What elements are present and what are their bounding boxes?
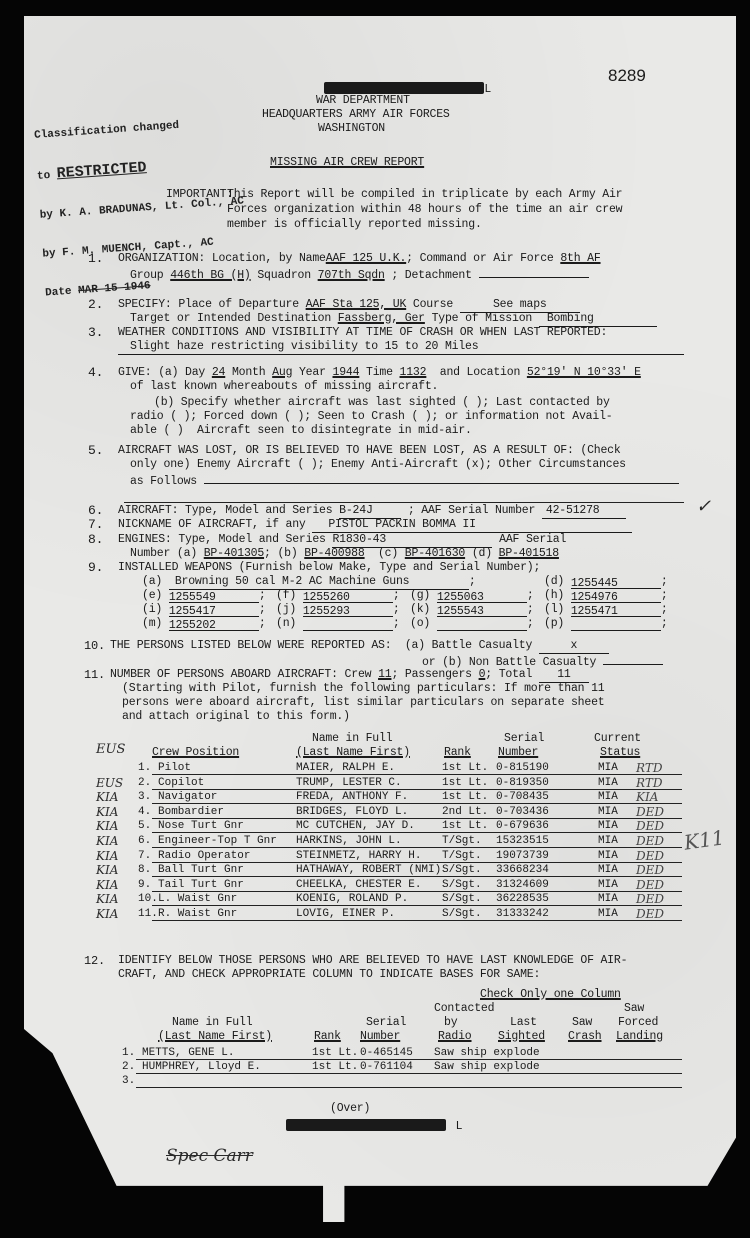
weapon-key: (g) — [410, 589, 430, 602]
location-coords-value: 52°19' N 10°33' E — [527, 366, 641, 379]
crew-row: KIA4.BombardierBRIDGES, FLOYD L.2nd Lt.0… — [24, 805, 736, 819]
weapon-entry: (o) ; — [410, 617, 534, 631]
knowledge-row: 1.METTS, GENE L.1st Lt.0-465145Saw ship … — [24, 1046, 736, 1060]
section-2-number: 2. — [88, 298, 103, 312]
crew-number: 3. — [138, 790, 151, 804]
crew-name: BRIDGES, FLOYD L. — [296, 805, 408, 819]
engine-a-value: BP-401305 — [204, 547, 264, 560]
crew-status: MIA — [598, 761, 618, 775]
section-11-note-1: (Starting with Pilot, furnish the follow… — [122, 682, 604, 696]
weapon-entry: (m) 1255202; — [142, 617, 266, 631]
crew-serial: 0-703436 — [496, 805, 549, 819]
crew-row: KIA5.Nose Turt GnrMC CUTCHEN, JAY D.1st … — [24, 819, 736, 833]
knowledge-remark: Saw ship explode — [434, 1046, 540, 1060]
crew-status-note: DED — [636, 834, 664, 848]
weapon-serial: 1255549 — [169, 591, 259, 603]
non-battle-casualty-value — [603, 653, 663, 665]
weapon-entry: (k) 1255543; — [410, 603, 534, 617]
section-5-number: 5. — [88, 444, 103, 458]
crew-row: KIA11.R. Waist GnrLOVIG, EINER P.S/Sgt.3… — [24, 907, 736, 921]
crew-position: Pilot — [158, 761, 191, 775]
command-value: 8th AF — [560, 252, 600, 265]
weapon-a-row: (a) Browning 50 cal M-2 AC Machine Guns; — [142, 575, 476, 590]
crew-name: STEINMETZ, HARRY H. — [296, 849, 421, 863]
crew-row: KIA8.Ball Turt GnrHATHAWAY, ROBERT (NMI)… — [24, 863, 736, 877]
engine-d-key: (d) — [472, 547, 492, 560]
crew-header-status-bottom: Status — [600, 746, 640, 760]
crew-position: Ball Turt Gnr — [158, 863, 244, 877]
important-line-1: This Report will be compiled in triplica… — [227, 188, 622, 202]
crew-number: 4. — [138, 805, 151, 819]
weapon-serial — [571, 619, 661, 631]
squadron-label: Squadron — [257, 269, 311, 282]
knowledge-header-sighted-bottom: Sighted — [498, 1030, 545, 1044]
crew-status: MIA — [598, 834, 618, 848]
mission-value: Bombing — [539, 312, 657, 327]
weapon-key: (i) — [142, 603, 162, 616]
classification-stamp: Classification changed to RESTRICTED by … — [32, 90, 252, 327]
weather-label: WEATHER CONDITIONS AND VISIBILITY AT TIM… — [118, 326, 607, 340]
crew-header-status-top: Current — [594, 732, 641, 746]
crew-status: MIA — [598, 849, 618, 863]
weapon-key: (m) — [142, 617, 162, 630]
important-line-2: Forces organization within 48 hours of t… — [227, 203, 622, 217]
weather-value-wrap: Slight haze restricting visibility to 15… — [118, 340, 684, 355]
knowledge-header-serial-top: Serial — [366, 1016, 406, 1030]
section-4-b-line-3: able ( ) Aircraft seen to disintegrate i… — [130, 424, 472, 438]
margin-status: KIA — [96, 834, 118, 848]
departure-value: AAF Sta 125, UK — [306, 298, 407, 311]
classification-suffix-bottom: L — [456, 1120, 463, 1133]
crew-name: KOENIG, ROLAND P. — [296, 892, 408, 906]
year-value: 1944 — [333, 366, 360, 379]
crew-number: 7. — [138, 849, 151, 863]
weapon-entry: (j) 1255293; — [276, 603, 400, 617]
crew-rank: 1st Lt. — [442, 761, 488, 775]
aircraft-type-value: B-24J — [339, 504, 401, 519]
crew-serial: 31333242 — [496, 907, 549, 921]
engines-label: ENGINES: — [118, 533, 172, 546]
section-8-line-1: ENGINES: Type, Model and Series R1830-43… — [118, 533, 566, 548]
crew-serial: 31324609 — [496, 878, 549, 892]
knowledge-header-radio-mid: by — [444, 1016, 457, 1030]
section-4-number: 4. — [88, 366, 103, 380]
crew-rank: 1st Lt. — [442, 790, 488, 804]
crew-number: 8. — [138, 863, 151, 877]
crew-status: MIA — [598, 878, 618, 892]
engine-type-value: R1830-43 — [332, 533, 492, 548]
knowledge-serial: 0-761104 — [360, 1060, 413, 1074]
divider — [124, 502, 684, 503]
crew-number: 11. — [138, 907, 158, 921]
section-6-content: AIRCRAFT: Type, Model and Series B-24J ;… — [118, 504, 626, 519]
nickname-label: NICKNAME OF AIRCRAFT, if any — [118, 518, 306, 531]
crew-name: TRUMP, LESTER C. — [296, 776, 402, 790]
engine-c-value: BP-401630 — [405, 547, 465, 560]
knowledge-header-sighted-top: Last — [510, 1016, 537, 1030]
section-8-line-2: Number (a) BP-401305; (b) BP-400988 (c) … — [130, 547, 559, 561]
crew-rank: S/Sgt. — [442, 907, 482, 921]
crew-rank: 1st Lt. — [442, 819, 488, 833]
crew-header-position: Crew Position — [152, 746, 239, 760]
crew-row: KIA7.Radio OperatorSTEINMETZ, HARRY H.T/… — [24, 849, 736, 863]
weapon-key: (d) — [544, 575, 564, 588]
engine-c-key: (c) — [378, 547, 398, 560]
crew-serial: 0-819350 — [496, 776, 549, 790]
knowledge-header-name-top: Name in Full — [172, 1016, 252, 1030]
knowledge-name: HUMPHREY, Lloyd E. — [142, 1060, 261, 1074]
weapon-key: (h) — [544, 589, 564, 602]
detachment-label: Detachment — [405, 269, 472, 282]
weapon-serial: 1255543 — [437, 605, 527, 617]
page-title: MISSING AIR CREW REPORT — [270, 156, 424, 170]
crew-serial: 0-708435 — [496, 790, 549, 804]
organization-label: ORGANIZATION: — [118, 252, 205, 265]
margin-status: KIA — [96, 805, 118, 819]
crew-status-note: RTD — [636, 776, 662, 790]
row-underline — [152, 774, 682, 775]
crew-name: CHEELKA, CHESTER E. — [296, 878, 421, 892]
important-label: IMPORTANT: — [166, 188, 233, 202]
weapon-serial — [303, 619, 393, 631]
engine-b-value: BP-400988 — [304, 547, 364, 560]
stamp-restricted: RESTRICTED — [56, 159, 147, 182]
crew-status-note: DED — [636, 878, 664, 892]
knowledge-header-radio-top: Contacted — [434, 1002, 494, 1016]
weapon-a-value: Browning 50 cal M-2 AC Machine Guns — [169, 575, 469, 590]
day-value: 24 — [212, 366, 225, 379]
dept-heading: WAR DEPARTMENT — [316, 94, 410, 108]
weapon-key: (k) — [410, 603, 430, 616]
crew-status-note: KIA — [636, 790, 658, 804]
crew-rank: T/Sgt. — [442, 834, 482, 848]
crew-serial: 36228535 — [496, 892, 549, 906]
row-underline — [152, 876, 682, 877]
crew-serial: 0-679636 — [496, 819, 549, 833]
crew-position: Engineer-Top T Gnr — [158, 834, 277, 848]
crew-row: KIA3.NavigatorFREDA, ANTHONY F.1st Lt.0-… — [24, 790, 736, 804]
section-4-line-1: GIVE: (a) Day 24 Month Aug Year 1944 Tim… — [118, 366, 641, 380]
classification-marking-bottom: L — [286, 1116, 462, 1134]
important-line-3: member is officially reported missing. — [227, 218, 482, 232]
row-underline — [152, 905, 682, 906]
group-value: 446th BG (H) — [170, 269, 250, 282]
check-only-one-column: Check Only one Column — [480, 988, 621, 1002]
section-10-content: THE PERSONS LISTED BELOW WERE REPORTED A… — [110, 639, 609, 654]
crew-status-note: DED — [636, 849, 664, 863]
weapon-entry: (d) 1255445; — [544, 575, 668, 589]
section-7-number: 7. — [88, 518, 103, 532]
reported-as-label: THE PERSONS LISTED BELOW WERE REPORTED A… — [110, 639, 391, 652]
engine-number-label: Number — [130, 547, 170, 560]
crew-number: 10. — [138, 892, 158, 906]
weapon-entry: (i) 1255417; — [142, 603, 266, 617]
crew-rank: S/Sgt. — [442, 878, 482, 892]
over-label: (Over) — [330, 1102, 370, 1116]
crew-status-note: DED — [636, 892, 664, 906]
departure-label: Place of Departure — [178, 298, 299, 311]
section-11-note-2: persons were aboard aircraft, list simil… — [122, 696, 604, 710]
crew-position: Bombardier — [158, 805, 224, 819]
crew-row: KIA9.Tail Turt GnrCHEELKA, CHESTER E.S/S… — [24, 878, 736, 892]
stamp-to-label: to — [37, 170, 51, 183]
weapon-serial: 1255445 — [571, 577, 661, 589]
crew-margin-header: EUS — [96, 742, 125, 757]
margin-status: KIA — [96, 907, 118, 921]
section-1-content: ORGANIZATION: Location, by NameAAF 125 U… — [118, 252, 601, 266]
crew-position: Copilot — [158, 776, 204, 790]
crew-name: LOVIG, EINER P. — [296, 907, 395, 921]
knowledge-header-radio-bottom: Radio — [438, 1030, 472, 1044]
other-circumstances-value — [204, 472, 679, 484]
weapon-entry: (e) 1255549; — [142, 589, 266, 603]
crew-name: HARKINS, JOHN L. — [296, 834, 402, 848]
aircraft-label: AIRCRAFT: — [118, 504, 178, 517]
crew-status: MIA — [598, 819, 618, 833]
aircraft-serial-label: AAF Serial Number — [421, 504, 535, 517]
location-label: Location, by Name — [212, 252, 326, 265]
detachment-value — [479, 266, 589, 278]
weapon-key: (f) — [276, 589, 296, 602]
weapon-entry: (p) ; — [544, 617, 668, 631]
crew-status: MIA — [598, 863, 618, 877]
crew-position: L. Waist Gnr — [158, 892, 237, 906]
row-underline — [152, 920, 682, 921]
weapon-key: (l) — [544, 603, 564, 616]
time-value: 1132 — [400, 366, 427, 379]
target-label: Target or Intended Destination — [130, 312, 331, 325]
crew-row: 1.PilotMAIER, RALPH E.1st Lt.0-815190MIA… — [24, 761, 736, 775]
crew-serial: 33668234 — [496, 863, 549, 877]
crew-position: Nose Turt Gnr — [158, 819, 244, 833]
other-circumstances-label: as Follows — [130, 475, 197, 488]
stamp-by-label-2: by — [42, 248, 56, 261]
engine-a-key: (a) — [177, 547, 197, 560]
weapon-entry: (n) ; — [276, 617, 400, 631]
aircraft-serial-value: 42-51278 — [542, 504, 626, 519]
section-12-line-2: CRAFT, AND CHECK APPROPRIATE COLUMN TO I… — [118, 968, 540, 982]
knowledge-serial: 0-465145 — [360, 1046, 413, 1060]
battle-casualty-value: x — [539, 639, 609, 654]
section-6-number: 6. — [88, 504, 103, 518]
knowledge-name: METTS, GENE L. — [142, 1046, 234, 1060]
crew-status: MIA — [598, 805, 618, 819]
crew-serial: 15323515 — [496, 834, 549, 848]
margin-status: KIA — [96, 863, 118, 877]
crew-rank: S/Sgt. — [442, 892, 482, 906]
crew-status-note: DED — [636, 819, 664, 833]
section-11-number: 11. — [84, 668, 105, 682]
mission-label: Type of Mission — [432, 312, 533, 325]
knowledge-header-serial-bottom: Number — [360, 1030, 400, 1044]
crew-header-serial-bottom: Number — [498, 746, 538, 760]
weapon-entry: (h) 1254976; — [544, 589, 668, 603]
engine-type-label: Type, Model and Series — [178, 533, 325, 546]
engine-serial-label: AAF Serial — [499, 533, 566, 546]
crew-row: KIA6.Engineer-Top T GnrHARKINS, JOHN L.T… — [24, 834, 736, 848]
crew-header-name-top: Name in Full — [312, 732, 392, 746]
weapon-serial: 1255260 — [303, 591, 393, 603]
section-2-line-2: Target or Intended Destination Fassberg,… — [130, 312, 657, 327]
knowledge-header-landing-bottom: Landing — [616, 1030, 663, 1044]
crew-serial: 0-815190 — [496, 761, 549, 775]
section-5-line-3: as Follows — [130, 472, 679, 489]
knowledge-remark: Saw ship explode — [434, 1060, 540, 1074]
engine-d-value: BP-401518 — [499, 547, 559, 560]
knowledge-number: 1. — [122, 1046, 135, 1060]
knowledge-header-landing-top: Saw — [624, 1002, 644, 1016]
course-value: See maps — [460, 298, 580, 313]
stamp-by-label-1: by — [39, 209, 53, 222]
total-value: 11 — [539, 668, 589, 683]
margin-status: EUS — [96, 776, 123, 790]
section-12-line-1: IDENTIFY BELOW THOSE PERSONS WHO ARE BEL… — [118, 954, 627, 968]
crew-status-note: RTD — [636, 761, 662, 775]
crew-name: MC CUTCHEN, JAY D. — [296, 819, 415, 833]
section-4-b-line-2: radio ( ); Forced down ( ); Seen to Cras… — [130, 410, 612, 424]
command-label: Command or Air Force — [420, 252, 554, 265]
section-11-note-3: and attach original to this form.) — [122, 710, 350, 724]
weather-value: Slight haze restricting visibility to 15… — [118, 340, 684, 355]
section-11-line-1: NUMBER OF PERSONS ABOARD AIRCRAFT: Crew … — [110, 668, 589, 683]
crew-status: MIA — [598, 907, 618, 921]
weapon-entry: (l) 1255471; — [544, 603, 668, 617]
crew-rank: 2nd Lt. — [442, 805, 488, 819]
day-label: (a) Day — [158, 366, 205, 379]
weapon-key: (o) — [410, 617, 430, 630]
crew-number: 1. — [138, 761, 151, 775]
battle-casualty-label: (a) Battle Casualty — [405, 639, 532, 652]
row-underline — [152, 832, 682, 833]
crew-status-note: DED — [636, 907, 664, 921]
specify-label: SPECIFY: — [118, 298, 172, 311]
crew-number: 6. — [138, 834, 151, 848]
document-page: L 8289 WAR DEPARTMENT HEADQUARTERS ARMY … — [24, 16, 736, 1222]
hq-heading: HEADQUARTERS ARMY AIR FORCES — [262, 108, 450, 122]
nickname-value: PISTOL PACKIN BOMMA II — [312, 518, 632, 533]
crew-label: Crew — [345, 668, 372, 681]
section-2-content: SPECIFY: Place of Departure AAF Sta 125,… — [118, 298, 580, 313]
stamp-line-1: Classification changed — [34, 116, 239, 143]
crew-rank: 1st Lt. — [442, 776, 488, 790]
section-12-number: 12. — [84, 954, 105, 968]
crew-serial: 19073739 — [496, 849, 549, 863]
knowledge-number: 3. — [122, 1074, 135, 1088]
handwritten-note-1: Spec Carr — [166, 1146, 253, 1166]
handwritten-note-2: Incl 17 — [63, 1184, 135, 1215]
crew-position: Tail Turt Gnr — [158, 878, 244, 892]
crew-number: 9. — [138, 878, 151, 892]
stamp-date-label: Date — [45, 286, 72, 300]
year-label: Year — [299, 366, 326, 379]
section-5-line-1: AIRCRAFT WAS LOST, OR IS BELIEVED TO HAV… — [118, 444, 621, 458]
weapons-label: INSTALLED WEAPONS (Furnish below Make, T… — [118, 561, 540, 575]
city-heading: WASHINGTON — [318, 122, 385, 136]
section-4-b-line-1: (b) Specify whether aircraft was last si… — [154, 396, 610, 410]
crew-name: HATHAWAY, ROBERT (NMI) — [296, 863, 441, 877]
section-3-number: 3. — [88, 326, 103, 340]
row-underline — [152, 847, 682, 848]
passengers-label: Passengers — [405, 668, 472, 681]
section-7-content: NICKNAME OF AIRCRAFT, if any PISTOL PACK… — [118, 518, 632, 533]
target-value: Fassberg, Ger — [338, 312, 425, 325]
section-1-number: 1. — [88, 252, 103, 266]
section-1-line-2: Group 446th BG (H) Squadron 707th Sqdn ;… — [130, 266, 589, 283]
crew-header-name-bottom: (Last Name First) — [296, 746, 410, 760]
row-underline — [136, 1087, 682, 1088]
crew-value: 11 — [378, 668, 391, 681]
time-label: Time — [366, 366, 393, 379]
weapon-key: (n) — [276, 617, 296, 630]
weapon-key: (p) — [544, 617, 564, 630]
knowledge-header-name-bottom: (Last Name First) — [158, 1030, 272, 1044]
crew-row: KIA10.L. Waist GnrKOENIG, ROLAND P.S/Sgt… — [24, 892, 736, 906]
section-9-number: 9. — [88, 561, 103, 575]
crew-row: EUS2.CopilotTRUMP, LESTER C.1st Lt.0-819… — [24, 776, 736, 790]
squadron-value: 707th Sqdn — [318, 269, 385, 282]
weapon-serial: 1255417 — [169, 605, 259, 617]
crew-rank: S/Sgt. — [442, 863, 482, 877]
knowledge-header-landing-mid: Forced — [618, 1016, 658, 1030]
persons-aboard-label: NUMBER OF PERSONS ABOARD AIRCRAFT: — [110, 668, 338, 681]
month-value: Aug — [272, 366, 292, 379]
passengers-value: 0 — [479, 668, 486, 681]
crew-status: MIA — [598, 776, 618, 790]
give-label: GIVE: — [118, 366, 152, 379]
crew-name: MAIER, RALPH E. — [296, 761, 395, 775]
margin-status: KIA — [96, 892, 118, 906]
weapon-serial: 1255063 — [437, 591, 527, 603]
crew-status-note: DED — [636, 805, 664, 819]
engine-b-key: (b) — [277, 547, 297, 560]
total-label: Total — [499, 668, 533, 681]
margin-status: KIA — [96, 878, 118, 892]
weapon-serial: 1254976 — [571, 591, 661, 603]
crew-name: FREDA, ANTHONY F. — [296, 790, 408, 804]
crew-number: 5. — [138, 819, 151, 833]
crew-number: 2. — [138, 776, 151, 790]
crew-header-serial-top: Serial — [504, 732, 544, 746]
margin-status: KIA — [96, 849, 118, 863]
margin-status: KIA — [96, 790, 118, 804]
section-10-number: 10. — [84, 639, 105, 653]
crew-header-rank: Rank — [444, 746, 471, 760]
location-value: AAF 125 U.K. — [326, 252, 406, 265]
document-number: 8289 — [608, 66, 646, 86]
location-coords-label: and Location — [440, 366, 520, 379]
weapon-serial: 1255202 — [169, 619, 259, 631]
weapon-entry: (g) 1255063; — [410, 589, 534, 603]
classification-suffix: L — [484, 83, 491, 96]
crew-position: Radio Operator — [158, 849, 250, 863]
section-8-number: 8. — [88, 533, 103, 547]
knowledge-row: 2.HUMPHREY, Lloyd E.1st Lt.0-761104Saw s… — [24, 1060, 736, 1074]
month-label: Month — [232, 366, 266, 379]
group-label: Group — [130, 269, 164, 282]
weapon-serial — [437, 619, 527, 631]
aircraft-type-label: Type, Model and Series — [185, 504, 332, 517]
margin-status: KIA — [96, 819, 118, 833]
knowledge-header-crash-top: Saw — [572, 1016, 592, 1030]
check-mark: ✓ — [696, 496, 711, 517]
weapons-grid: (a) Browning 50 cal M-2 AC Machine Guns;… — [142, 575, 662, 631]
crew-status: MIA — [598, 790, 618, 804]
crew-position: R. Waist Gnr — [158, 907, 237, 921]
row-underline — [152, 803, 682, 804]
section-4-line-2: of last known whereabouts of missing air… — [130, 380, 438, 394]
knowledge-rank: 1st Lt. — [312, 1060, 358, 1074]
weapon-key: (e) — [142, 589, 162, 602]
